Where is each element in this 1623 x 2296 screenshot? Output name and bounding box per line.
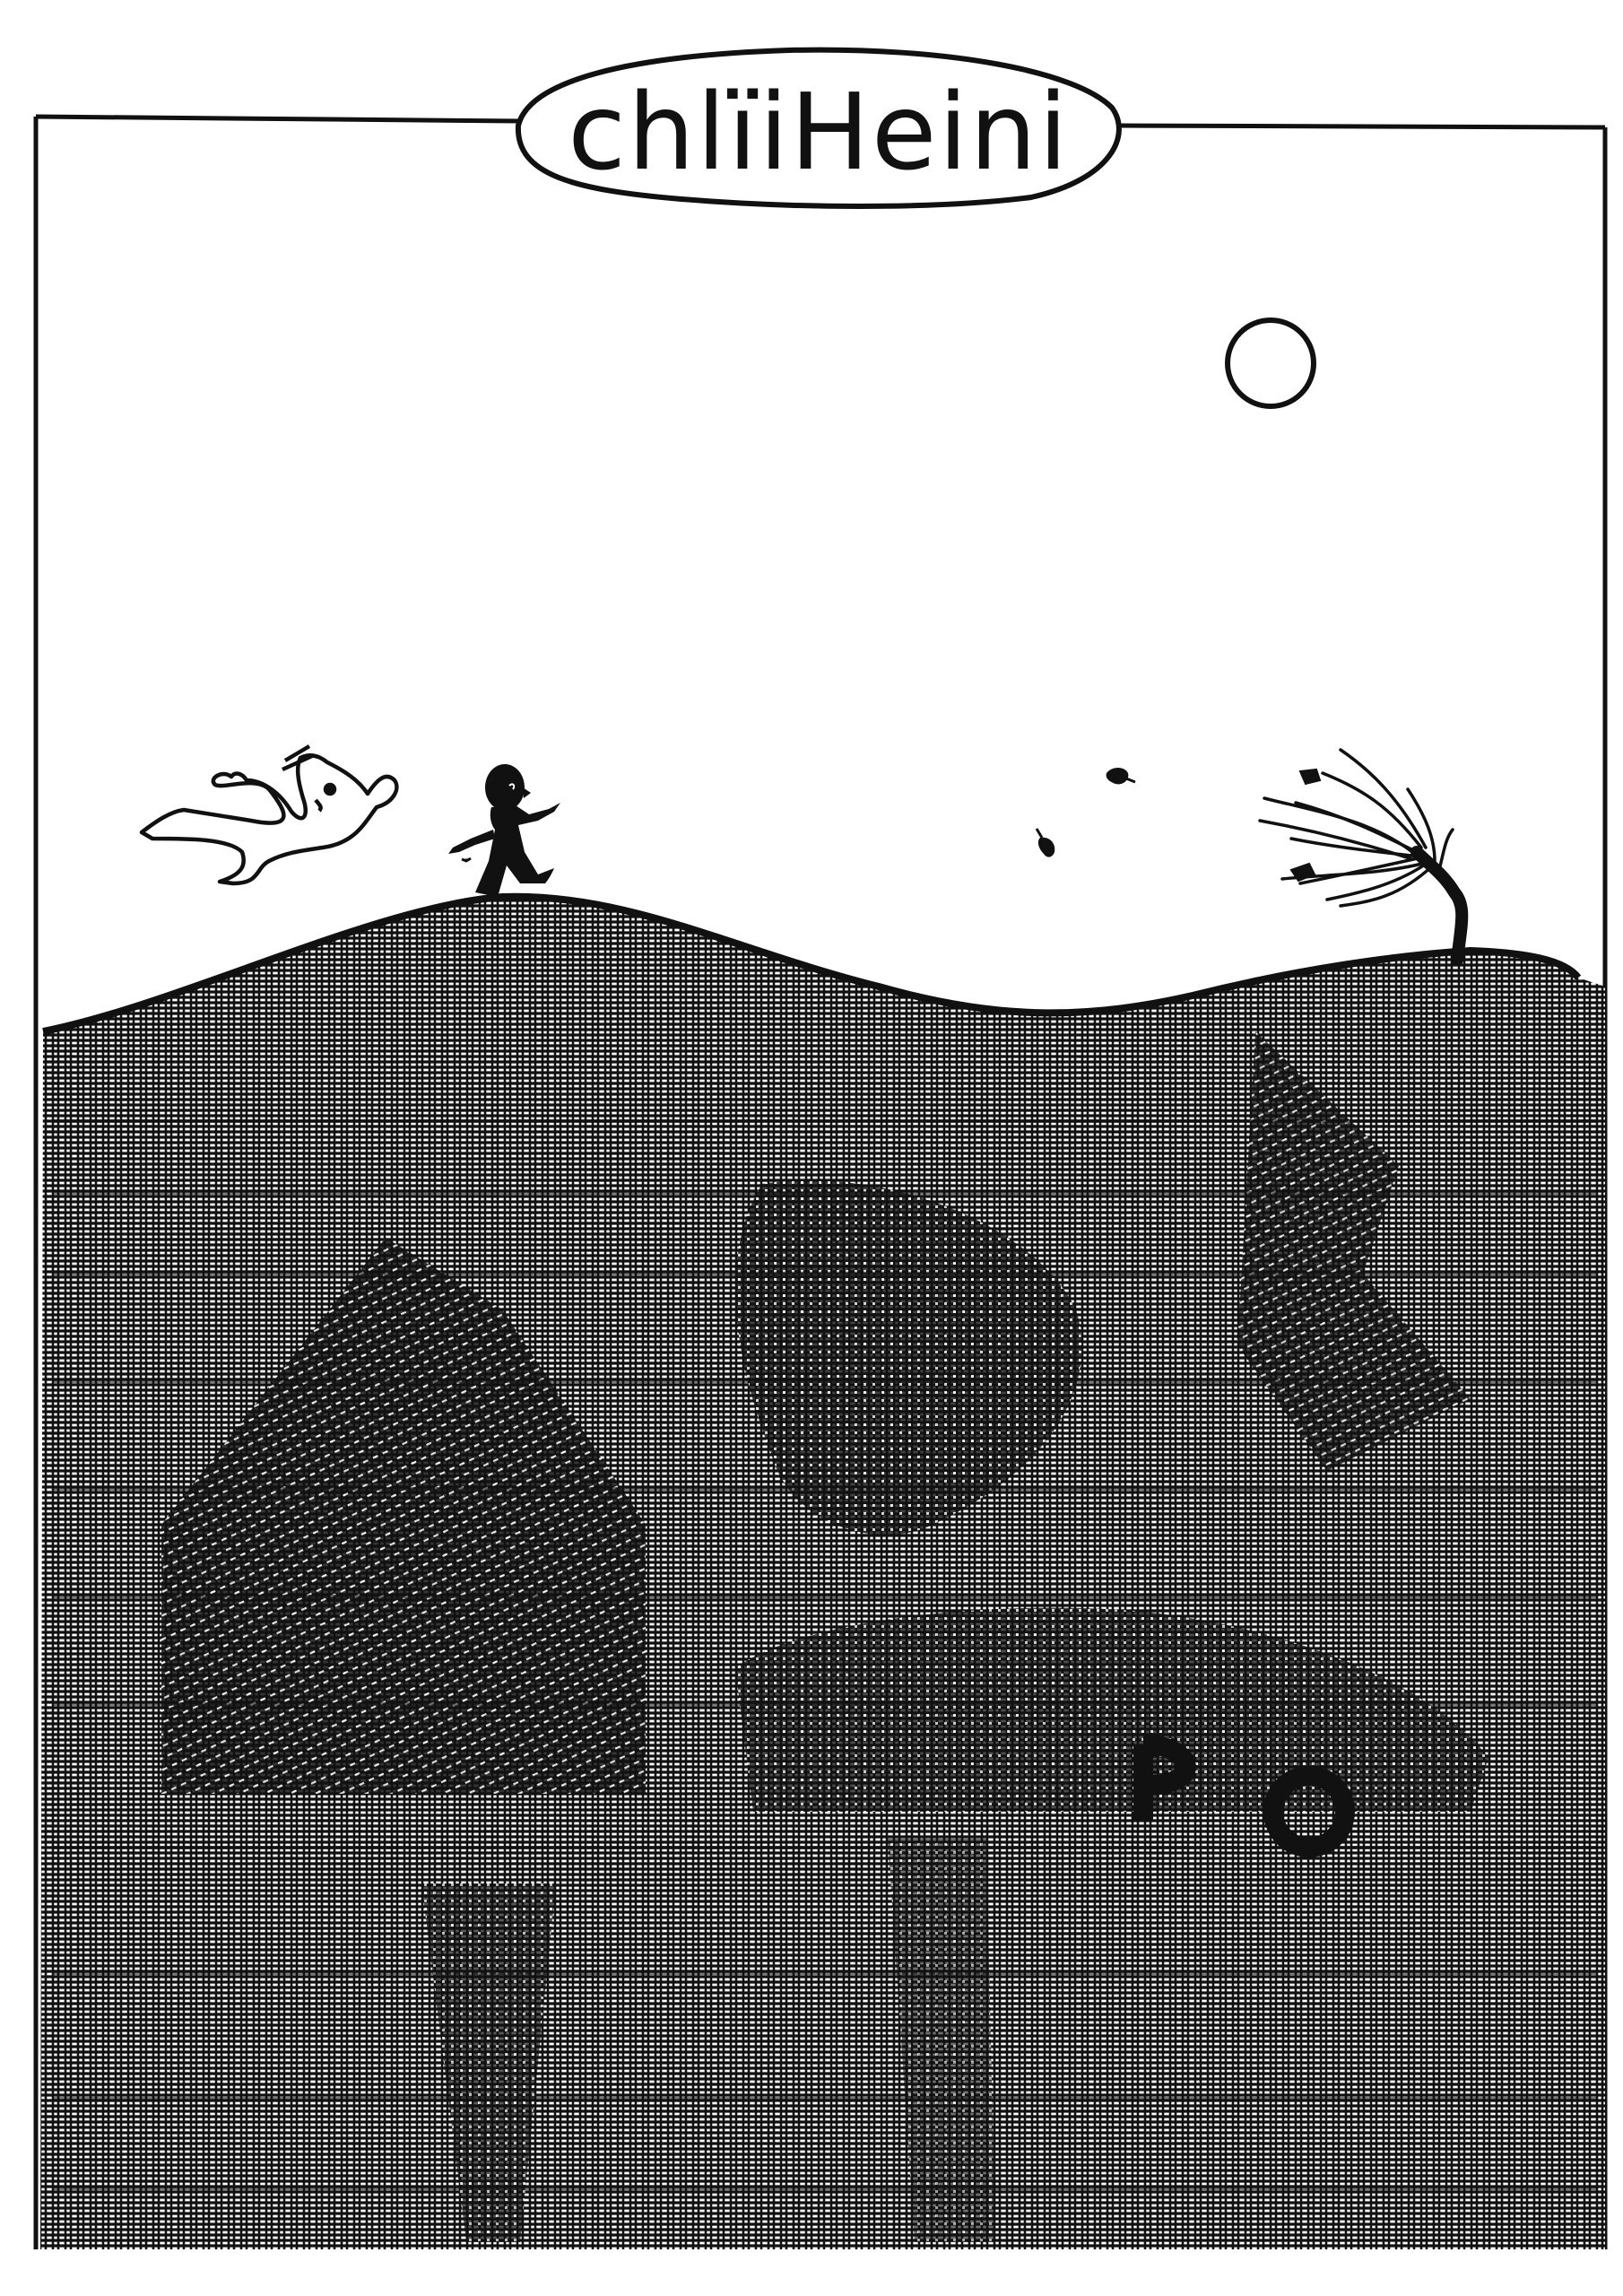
comic-panel: chlïiHeini — [0, 0, 1623, 2296]
moon-icon — [1228, 320, 1314, 406]
title-badge: chlïiHeini — [518, 50, 1119, 206]
comic-title: chlïiHeini — [568, 70, 1070, 194]
crosshatched-hill — [40, 897, 1605, 2249]
ghost-figure — [142, 746, 396, 883]
falling-leaf-icon — [1037, 829, 1055, 857]
falling-leaf-icon — [1107, 768, 1135, 784]
walking-boy — [448, 764, 560, 897]
wind-bent-tree — [1260, 750, 1462, 960]
